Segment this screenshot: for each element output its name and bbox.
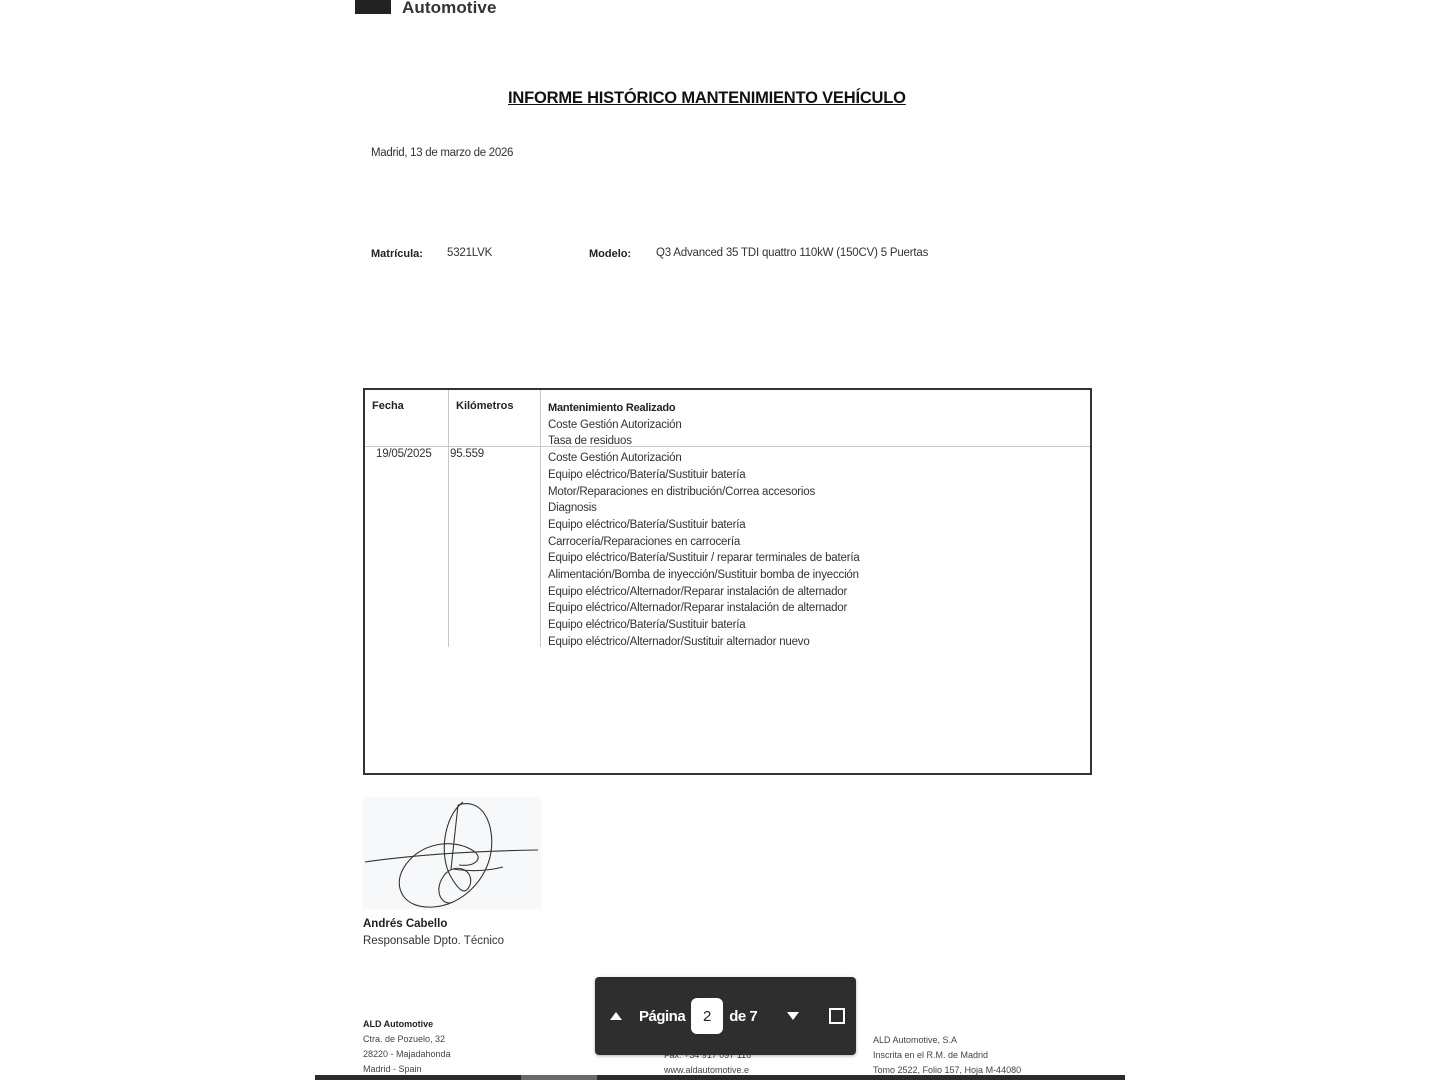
footer-registry: ALD Automotive, S.A Inscrita en el R.M. …: [873, 1033, 1021, 1078]
list-item: Equipo eléctrico/Batería/Sustituir bater…: [548, 617, 860, 634]
model-label: Modelo:: [589, 248, 631, 260]
list-item: Diagnosis: [548, 500, 860, 517]
column-divider: [540, 390, 541, 647]
footer-company-address: ALD Automotive Ctra. de Pozuelo, 32 2822…: [363, 1017, 451, 1077]
maintenance-table: Fecha Kilómetros 19/05/2025 95.559 Mante…: [363, 388, 1092, 775]
footer-line: Inscrita en el R.M. de Madrid: [873, 1048, 1021, 1063]
column-header-mantenimiento: Mantenimiento Realizado: [548, 400, 860, 417]
page-total: de 7: [729, 1008, 757, 1025]
page-number-input[interactable]: 2: [691, 998, 723, 1034]
signer-role: Responsable Dpto. Técnico: [363, 935, 504, 947]
plate-label: Matrícula:: [371, 248, 423, 260]
page-navigator: Página 2 de 7: [595, 977, 856, 1055]
list-item: Alimentación/Bomba de inyección/Sustitui…: [548, 567, 860, 584]
list-item: Tasa de residuos: [548, 433, 860, 450]
list-item: Equipo eléctrico/Batería/Sustituir bater…: [548, 467, 860, 484]
signature-image: [363, 797, 541, 909]
logo-icon: [355, 0, 391, 14]
horizontal-scrollbar[interactable]: [315, 1075, 1125, 1080]
footer-company-name: ALD Automotive: [363, 1019, 433, 1029]
footer-line: Ctra. de Pozuelo, 32: [363, 1032, 451, 1047]
row-km: 95.559: [450, 448, 484, 460]
list-item: Equipo eléctrico/Alternador/Reparar inst…: [548, 584, 860, 601]
signer-name: Andrés Cabello: [363, 918, 447, 930]
column-header-fecha: Fecha: [372, 400, 404, 412]
footer-line: ALD Automotive, S.A: [873, 1033, 1021, 1048]
signature-icon: [363, 797, 541, 909]
page-label: Página: [639, 1008, 685, 1025]
fullscreen-icon[interactable]: [829, 1008, 845, 1024]
plate-value: 5321LVK: [447, 247, 492, 259]
row-date: 19/05/2025: [376, 448, 432, 460]
scrollbar-thumb[interactable]: [521, 1075, 597, 1080]
list-item: Equipo eléctrico/Batería/Sustituir bater…: [548, 517, 860, 534]
footer-line: 28220 - Majadahonda: [363, 1047, 451, 1062]
list-item: Equipo eléctrico/Batería/Sustituir / rep…: [548, 550, 860, 567]
column-divider: [448, 390, 449, 647]
list-item: Equipo eléctrico/Alternador/Sustituir al…: [548, 634, 860, 651]
document-title: INFORME HISTÓRICO MANTENIMIENTO VEHÍCULO: [508, 89, 906, 108]
model-value: Q3 Advanced 35 TDI quattro 110kW (150CV)…: [656, 247, 928, 259]
list-item: Equipo eléctrico/Alternador/Reparar inst…: [548, 600, 860, 617]
arrow-up-icon[interactable]: [610, 1012, 622, 1020]
list-item: Carrocería/Reparaciones en carrocería: [548, 534, 860, 551]
column-header-kilometros: Kilómetros: [456, 400, 513, 412]
list-item: Coste Gestión Autorización: [548, 417, 860, 434]
list-item: Motor/Reparaciones en distribución/Corre…: [548, 484, 860, 501]
arrow-down-icon[interactable]: [787, 1012, 799, 1020]
document-date: Madrid, 13 de marzo de 2026: [371, 147, 513, 159]
logo-text: Automotive: [402, 0, 497, 18]
list-item: Coste Gestión Autorización: [548, 450, 860, 467]
maintenance-list: Mantenimiento Realizado Coste Gestión Au…: [548, 400, 860, 651]
